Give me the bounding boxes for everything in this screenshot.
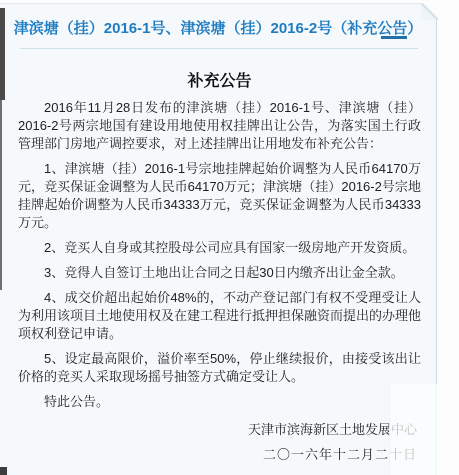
announcement-body: 补充公告 2016年11月28日发布的津滨塘（挂）2016-1号、津滨塘（挂）2… <box>0 60 437 464</box>
announcement-paragraph-item2: 2、竞买人自身或其控股母公司应具有国家一级房地产开发资质。 <box>18 239 421 257</box>
announcement-page: 津滨塘（挂）2016-1号、津滨塘（挂）2016-2号（补充公告） 补充公告 2… <box>0 0 459 475</box>
announcement-paragraph-item3: 3、竞得人自签订土地出让合同之日起30日内缴齐出让金全款。 <box>18 264 421 282</box>
page-fold-corner-icon <box>421 3 438 20</box>
announcement-heading: 补充公告 <box>18 72 421 92</box>
announcement-paragraph-closing: 特此公告。 <box>18 393 421 411</box>
issuer-signature: 天津市滨海新区土地发展中心 <box>18 421 417 439</box>
announcement-paragraph-item1: 1、津滨塘（挂）2016-1号宗地挂牌起始价调整为人民币64170万元，竞买保证… <box>18 160 421 232</box>
announcement-paragraph-item5: 5、设定最高限价，溢价率至50%，停止继续报价，由接受该出让价格的竞买人采取现场… <box>18 350 421 386</box>
window-edge-artifact-corner <box>0 467 7 475</box>
issue-date: 二〇一六年十二月二十日 <box>18 446 417 464</box>
announcement-paragraph-item4: 4、成交价超出起始价48%的，不动产登记部门有权不受理受让人为利用该项目土地使用… <box>18 289 421 343</box>
title-underline-dash <box>381 36 407 39</box>
announcement-paragraph-intro: 2016年11月28日发布的津滨塘（挂）2016-1号、津滨塘（挂）2016-2… <box>18 99 421 153</box>
header-divider <box>20 48 418 49</box>
window-edge-artifact-mid <box>0 100 2 290</box>
announcement-card: 津滨塘（挂）2016-1号、津滨塘（挂）2016-2号（补充公告） 补充公告 2… <box>0 3 437 475</box>
fade-overlay <box>389 384 439 475</box>
page-title: 津滨塘（挂）2016-1号、津滨塘（挂）2016-2号（补充公告） <box>0 4 436 38</box>
window-edge-artifact-top <box>0 8 5 100</box>
